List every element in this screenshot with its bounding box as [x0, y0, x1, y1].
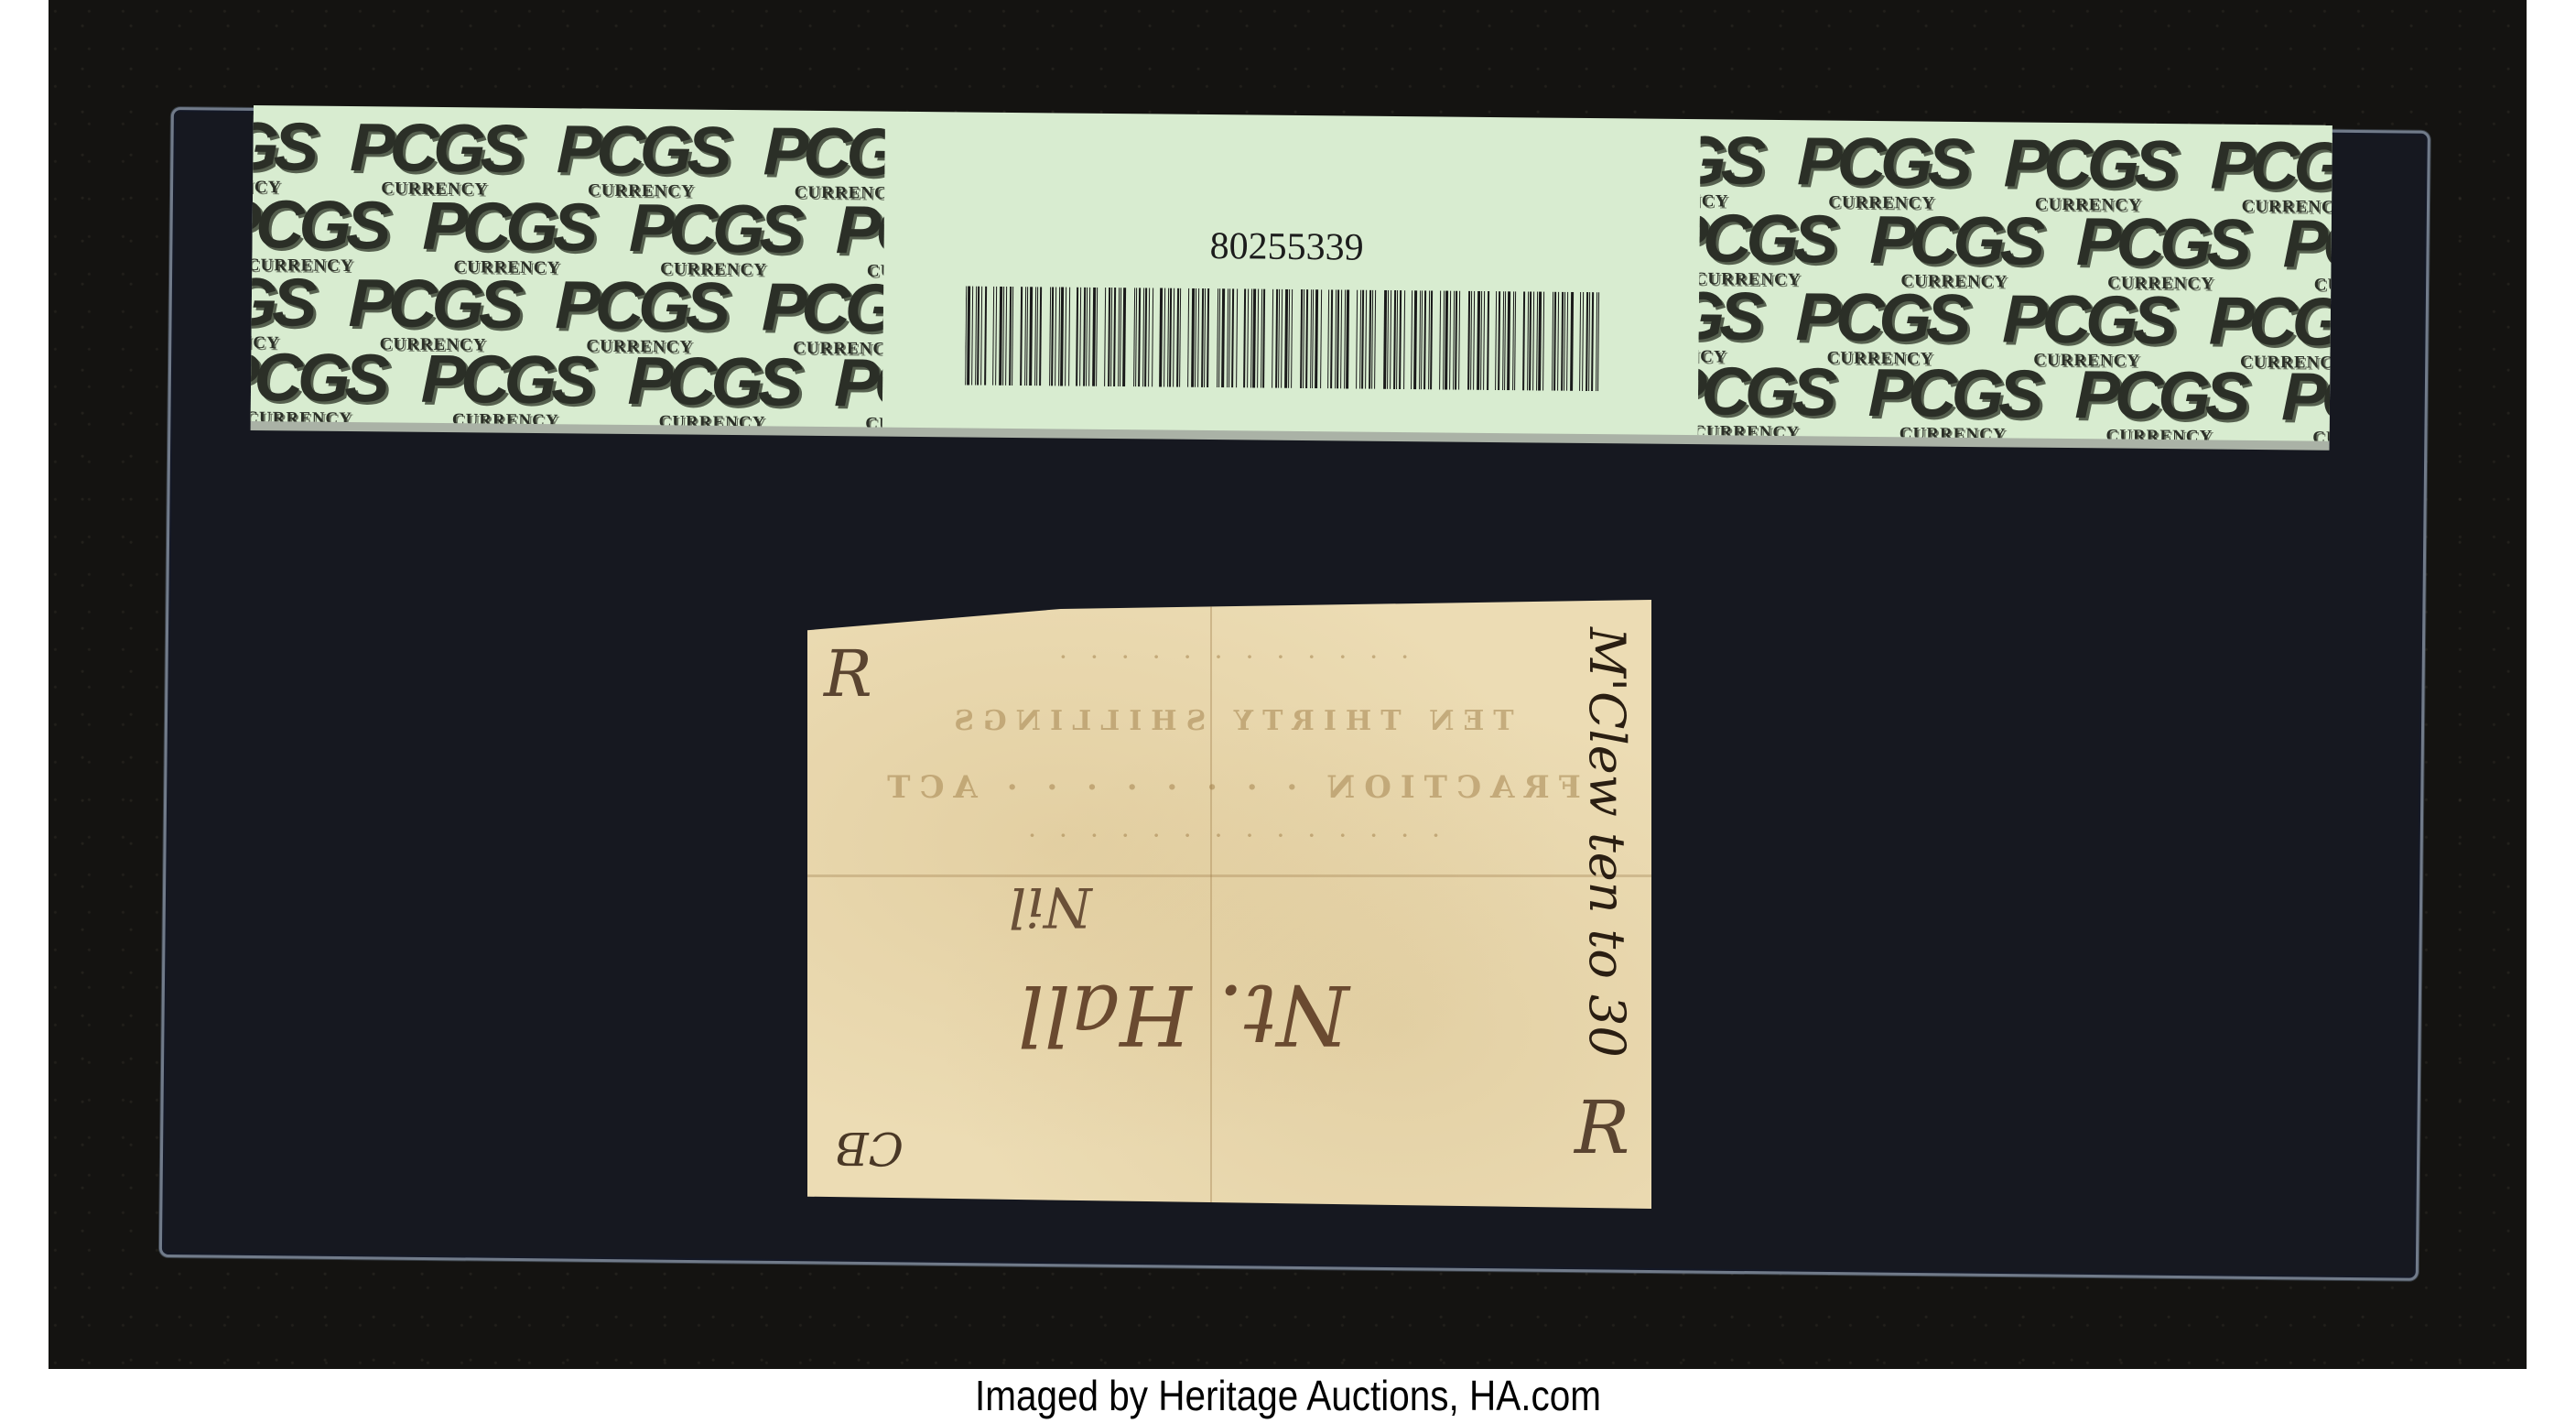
pcgs-logo-icon: PCGSCURRENCY	[2281, 364, 2332, 441]
bleed-through-text: · · · · · · · · · · · · · ·	[807, 824, 1651, 846]
pcgs-logo-icon: PCGSCURRENCY	[1698, 359, 1833, 441]
handwritten-endorsement: M'Clew ten to 30	[1578, 627, 1636, 1058]
logo-pattern-right: PCGSCURRENCYPCGSCURRENCYPCGSCURRENCYPCGS…	[1698, 119, 2332, 441]
banknote: · · · · · · · · · · · · TEN THIRTY SHILL…	[807, 600, 1651, 1209]
handwritten-initials: CB	[835, 1122, 904, 1175]
handwritten-mark-top-left: R	[824, 636, 872, 711]
pcgs-logo-icon: PCGSCURRENCY	[251, 114, 314, 198]
logo-row: PCGSCURRENCYPCGSCURRENCYPCGSCURRENCYPCGS…	[251, 345, 885, 428]
logo-pattern-left: PCGSCURRENCYPCGSCURRENCYPCGSCURRENCYPCGS…	[251, 105, 885, 428]
handwritten-mark-bottom-right: R	[1575, 1085, 1629, 1170]
pcgs-logo-icon: PCGSCURRENCY	[420, 347, 591, 428]
bleed-through-text: FRACTION · · · · · · · · ACT	[807, 769, 1651, 806]
fold-line-vertical	[1210, 600, 1212, 1209]
pcgs-logo-icon: PCGSCURRENCY	[2074, 363, 2246, 441]
signature-small: Nil	[1009, 874, 1092, 939]
pcgs-logo-icon: PCGSCURRENCY	[251, 345, 385, 428]
logo-row: PCGSCURRENCYPCGSCURRENCYPCGSCURRENCYPCGS…	[1698, 359, 2332, 441]
pcgs-logo-icon: PCGSCURRENCY	[627, 349, 798, 428]
certification-number: 80255339	[929, 222, 1643, 272]
certification-block: 80255339	[928, 112, 1645, 434]
signature-large: Nt. Hall	[1018, 966, 1349, 1062]
grading-label: PCGSCURRENCYPCGSCURRENCYPCGSCURRENCYPCGS…	[251, 105, 2332, 441]
image-credit: Imaged by Heritage Auctions, HA.com	[155, 1368, 2421, 1423]
pcgs-logo-icon: PCGSCURRENCY	[834, 351, 885, 428]
barcode-icon	[965, 286, 1607, 391]
pcgs-logo-icon: PCGSCURRENCY	[1867, 361, 2039, 441]
pcgs-logo-icon: PCGSCURRENCY	[1698, 127, 1761, 212]
bleed-through-text: · · · · · · · · · · · ·	[807, 646, 1651, 668]
bleed-through-text: TEN THIRTY SHILLINGS	[807, 705, 1651, 737]
fold-line-horizontal	[807, 874, 1651, 877]
